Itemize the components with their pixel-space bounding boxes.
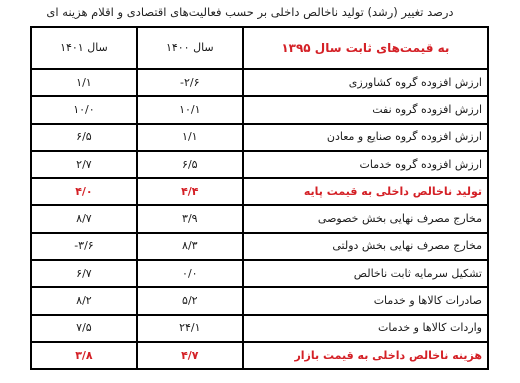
row-label: هزینه ناخالص داخلی به قیمت بازار (243, 342, 488, 369)
table-header-row: به قیمت‌های ثابت سال ۱۳۹۵ سال ۱۴۰۰ سال ۱… (31, 27, 488, 69)
value-1401: ۴/۰ (31, 178, 137, 205)
value-1401: ۲/۷ (31, 151, 137, 178)
row-label: ارزش افزوده گروه صنایع و معادن (243, 124, 488, 151)
value-1400: ۶/۵ (137, 151, 243, 178)
header-year-1401: سال ۱۴۰۱ (31, 27, 137, 69)
row-label: مخارج مصرف نهایی بخش خصوصی (243, 205, 488, 232)
table-row: ارزش افزوده گروه صنایع و معادن ۱/۱ ۶/۵ (31, 124, 488, 151)
value-1400: ۰/۰ (137, 260, 243, 287)
value-1400: ۱۰/۱ (137, 96, 243, 123)
value-1401: ۳/۸ (31, 342, 137, 369)
value-1400: ۱/۱ (137, 124, 243, 151)
value-1401: ۷/۵ (31, 315, 137, 342)
row-label: تشکیل سرمایه ثابت ناخالص (243, 260, 488, 287)
row-label: ارزش افزوده گروه کشاورزی (243, 69, 488, 96)
value-1400: -۲/۶ (137, 69, 243, 96)
gdp-growth-table: به قیمت‌های ثابت سال ۱۳۹۵ سال ۱۴۰۰ سال ۱… (30, 26, 489, 370)
row-label: واردات کالاها و خدمات (243, 315, 488, 342)
row-label: مخارج مصرف نهایی بخش دولتی (243, 233, 488, 260)
value-1401: ۶/۵ (31, 124, 137, 151)
header-year-1400: سال ۱۴۰۰ (137, 27, 243, 69)
row-label: ارزش افزوده گروه خدمات (243, 151, 488, 178)
header-base-year: به قیمت‌های ثابت سال ۱۳۹۵ (243, 27, 488, 69)
table-row: ارزش افزوده گروه نفت ۱۰/۱ ۱۰/۰ (31, 96, 488, 123)
value-1400: ۴/۴ (137, 178, 243, 205)
row-label: صادرات کالاها و خدمات (243, 287, 488, 314)
table-row-highlight: هزینه ناخالص داخلی به قیمت بازار ۴/۷ ۳/۸ (31, 342, 488, 369)
row-label: تولید ناخالص داخلی به قیمت پایه (243, 178, 488, 205)
table-row: ارزش افزوده گروه خدمات ۶/۵ ۲/۷ (31, 151, 488, 178)
value-1400: ۵/۲ (137, 287, 243, 314)
value-1401: ۸/۷ (31, 205, 137, 232)
table-caption: درصد تغییر (رشد) تولید ناخالص داخلی بر ح… (0, 3, 500, 21)
value-1401: ۱/۱ (31, 69, 137, 96)
value-1400: ۳/۹ (137, 205, 243, 232)
table-row: ارزش افزوده گروه کشاورزی -۲/۶ ۱/۱ (31, 69, 488, 96)
value-1400: ۴/۷ (137, 342, 243, 369)
table-row: تشکیل سرمایه ثابت ناخالص ۰/۰ ۶/۷ (31, 260, 488, 287)
value-1400: ۸/۳ (137, 233, 243, 260)
table-row: واردات کالاها و خدمات ۲۴/۱ ۷/۵ (31, 315, 488, 342)
value-1400: ۲۴/۱ (137, 315, 243, 342)
value-1401: ۶/۷ (31, 260, 137, 287)
table-row: مخارج مصرف نهایی بخش خصوصی ۳/۹ ۸/۷ (31, 205, 488, 232)
value-1401: ۸/۲ (31, 287, 137, 314)
value-1401: ۱۰/۰ (31, 96, 137, 123)
table-row: مخارج مصرف نهایی بخش دولتی ۸/۳ -۳/۶ (31, 233, 488, 260)
table-row: صادرات کالاها و خدمات ۵/۲ ۸/۲ (31, 287, 488, 314)
table-row-highlight: تولید ناخالص داخلی به قیمت پایه ۴/۴ ۴/۰ (31, 178, 488, 205)
value-1401: -۳/۶ (31, 233, 137, 260)
row-label: ارزش افزوده گروه نفت (243, 96, 488, 123)
